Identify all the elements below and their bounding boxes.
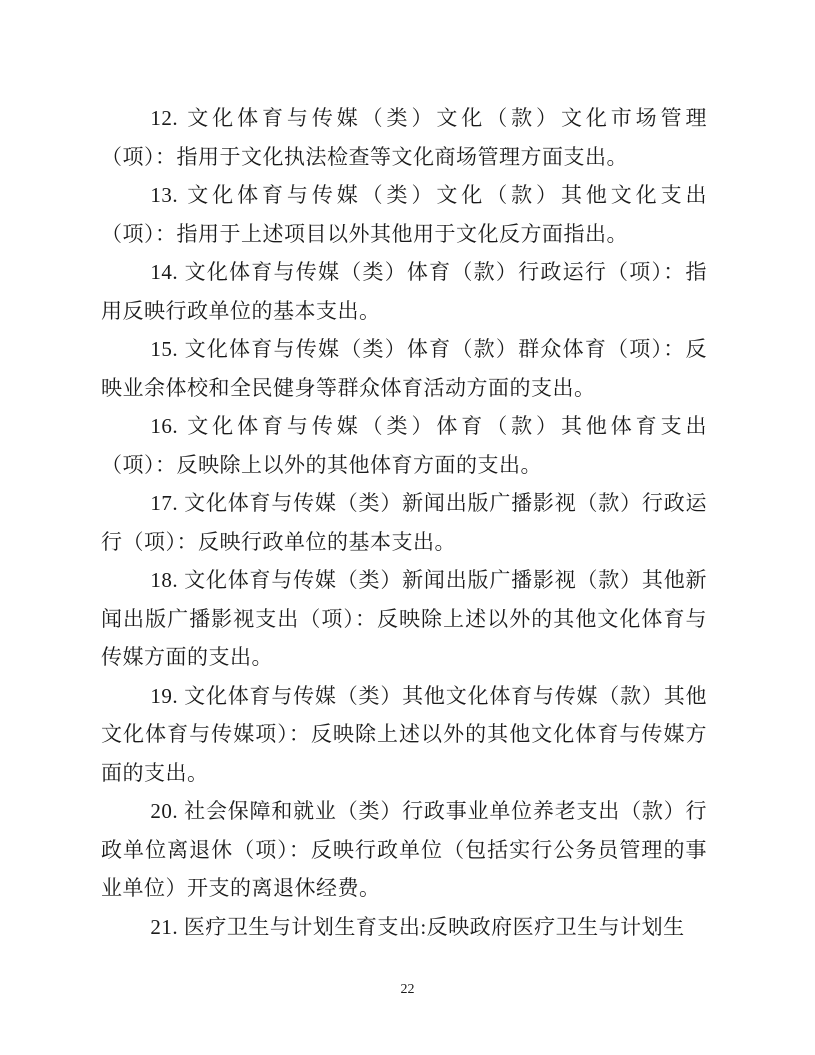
document-page: 12. 文化体育与传媒（类）文化（款）文化市场管理（项）：指用于文化执法检查等文… xyxy=(0,0,815,1055)
paragraph-item-15: 15. 文化体育与传媒（类）体育（款）群众体育（项）：反映业余体校和全民健身等群… xyxy=(101,330,707,407)
paragraph-item-17: 17. 文化体育与传媒（类）新闻出版广播影视（款）行政运行（项）：反映行政单位的… xyxy=(101,484,707,561)
paragraph-item-12: 12. 文化体育与传媒（类）文化（款）文化市场管理（项）：指用于文化执法检查等文… xyxy=(101,99,707,176)
paragraph-item-14: 14. 文化体育与传媒（类）体育（款）行政运行（项）：指用反映行政单位的基本支出… xyxy=(101,253,707,330)
paragraph-item-19: 19. 文化体育与传媒（类）其他文化体育与传媒（款）其他文化体育与传媒项）：反映… xyxy=(101,677,707,793)
paragraph-item-21: 21. 医疗卫生与计划生育支出:反映政府医疗卫生与计划生 xyxy=(101,908,707,947)
page-number: 22 xyxy=(0,981,815,999)
paragraph-item-13: 13. 文化体育与传媒（类）文化（款）其他文化支出（项）：指用于上述项目以外其他… xyxy=(101,176,707,253)
paragraph-item-16: 16. 文化体育与传媒（类）体育（款）其他体育支出（项）：反映除上以外的其他体育… xyxy=(101,407,707,484)
paragraph-item-20: 20. 社会保障和就业（类）行政事业单位养老支出（款）行政单位离退休（项）：反映… xyxy=(101,792,707,908)
paragraph-item-18: 18. 文化体育与传媒（类）新闻出版广播影视（款）其他新闻出版广播影视支出（项）… xyxy=(101,561,707,677)
document-body-text: 12. 文化体育与传媒（类）文化（款）文化市场管理（项）：指用于文化执法检查等文… xyxy=(101,99,707,946)
